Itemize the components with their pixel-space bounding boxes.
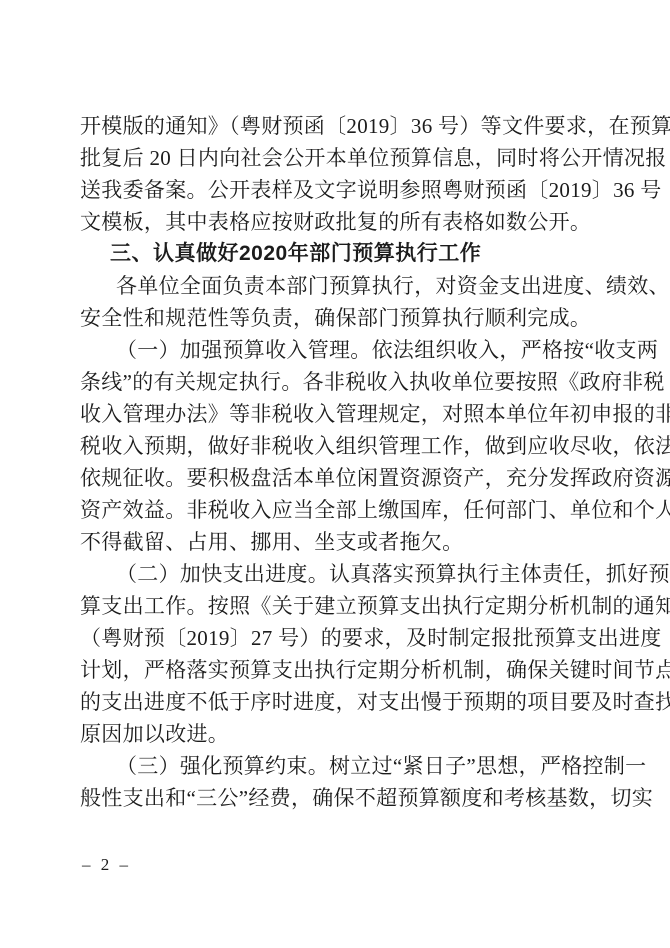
text-line: 计划，严格落实预算支出执行定期分析机制，确保关键时间节点 bbox=[80, 654, 590, 686]
text-line: 开模版的通知》（粤财预函〔2019〕36 号）等文件要求，在预算 bbox=[80, 110, 590, 142]
text-line: 批复后 20 日内向社会公开本单位预算信息，同时将公开情况报 bbox=[80, 142, 590, 174]
text-line: 原因加以改进。 bbox=[80, 718, 590, 750]
text-line: 条线”的有关规定执行。各非税收入执收单位要按照《政府非税 bbox=[80, 366, 590, 398]
text-line: 文模板，其中表格应按财政批复的所有表格如数公开。 bbox=[80, 206, 590, 238]
page-footer: – 2 – bbox=[82, 855, 131, 875]
text-line: 安全性和规范性等负责，确保部门预算执行顺利完成。 bbox=[80, 302, 590, 334]
text-line: （二）加快支出进度。认真落实预算执行主体责任，抓好预 bbox=[80, 558, 590, 590]
text-line: 般性支出和“三公”经费，确保不超预算额度和考核基数，切实 bbox=[80, 782, 590, 814]
page-number: – 2 – bbox=[82, 855, 131, 874]
text-line: 不得截留、占用、挪用、坐支或者拖欠。 bbox=[80, 526, 590, 558]
document-text-block: 开模版的通知》（粤财预函〔2019〕36 号）等文件要求，在预算批复后 20 日… bbox=[80, 110, 590, 814]
text-line: 送我委备案。公开表样及文字说明参照粤财预函〔2019〕36 号 bbox=[80, 174, 590, 206]
text-line: （一）加强预算收入管理。依法组织收入，严格按“收支两 bbox=[80, 334, 590, 366]
text-line: 资产效益。非税收入应当全部上缴国库，任何部门、单位和个人 bbox=[80, 494, 590, 526]
text-line: 税收入预期，做好非税收入组织管理工作，做到应收尽收，依法 bbox=[80, 430, 590, 462]
text-line: 各单位全面负责本部门预算执行，对资金支出进度、绩效、 bbox=[80, 270, 590, 302]
section-heading: 三、认真做好2020年部门预算执行工作 bbox=[80, 238, 590, 270]
text-line: 依规征收。要积极盘活本单位闲置资源资产，充分发挥政府资源 bbox=[80, 462, 590, 494]
text-line: （粤财预〔2019〕27 号）的要求，及时制定报批预算支出进度 bbox=[80, 622, 590, 654]
text-line: （三）强化预算约束。树立过“紧日子”思想，严格控制一 bbox=[80, 750, 590, 782]
document-page: 开模版的通知》（粤财预函〔2019〕36 号）等文件要求，在预算批复后 20 日… bbox=[0, 0, 670, 948]
text-line: 的支出进度不低于序时进度，对支出慢于预期的项目要及时查找 bbox=[80, 686, 590, 718]
text-line: 算支出工作。按照《关于建立预算支出执行定期分析机制的通知》 bbox=[80, 590, 590, 622]
text-line: 收入管理办法》等非税收入管理规定，对照本单位年初申报的非 bbox=[80, 398, 590, 430]
